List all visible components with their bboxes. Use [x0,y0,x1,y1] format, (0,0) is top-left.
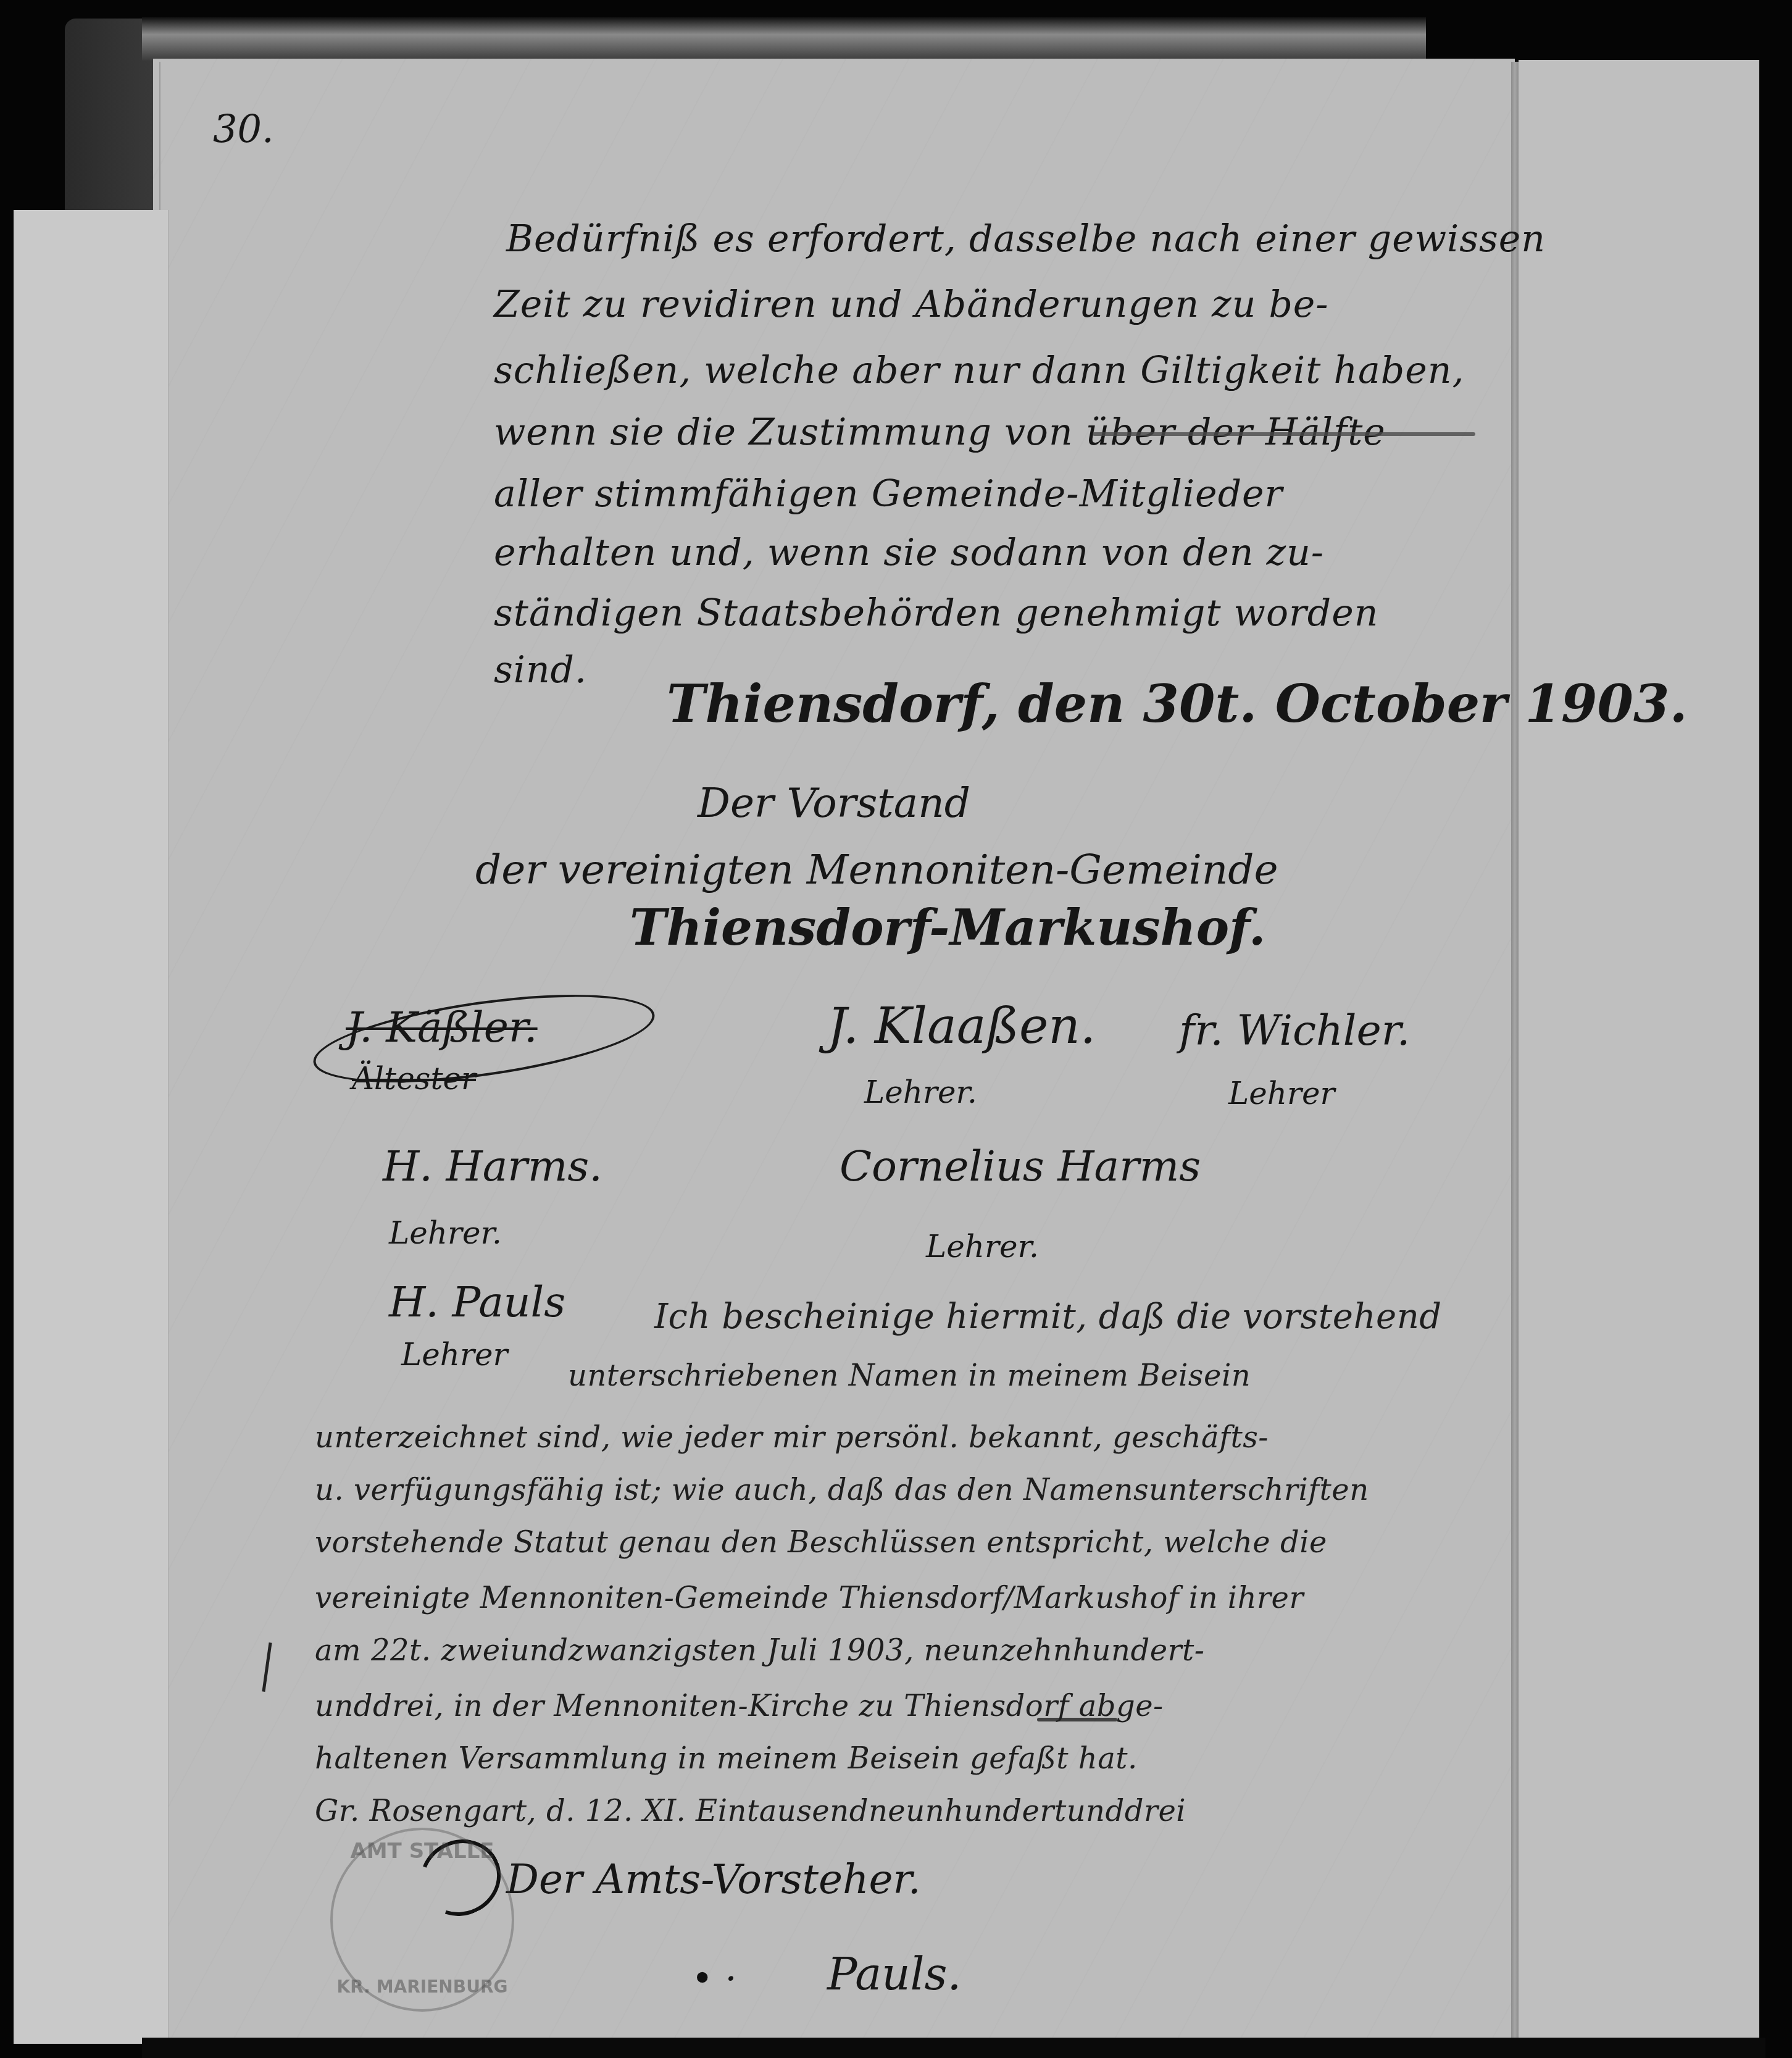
book-top-edge [142,17,1426,61]
paragraph-line: sind. [494,648,587,692]
certification-line: vorstehende Statut genau den Beschlüssen… [315,1525,1327,1560]
paragraph-line: ständigen Staatsbehörden genehmigt worde… [494,592,1378,635]
signature-name: Cornelius Harms [840,1142,1201,1191]
certification-line: unddrei, in der Mennoniten-Kirche zu Thi… [315,1689,1164,1723]
signature-name: J. Klaaßen. [827,997,1096,1055]
signature-role: Lehrer [401,1337,507,1373]
signature-role: Lehrer [1228,1076,1335,1111]
signature-role: Lehrer. [389,1215,502,1251]
certification-line: Ich bescheinige hiermit, daß die vorsteh… [654,1297,1442,1337]
official-stamp: AMT STALLE KR. MARIENBURG [330,1828,514,2012]
certification-line: Gr. Rosengart, d. 12. XI. Eintausendneun… [315,1794,1186,1828]
certification-line: unterzeichnet sind, wie jeder mir persön… [315,1420,1269,1455]
paper-strip [14,210,169,2044]
paragraph-line: Zeit zu revidiren und Abänderungen zu be… [494,283,1329,326]
congregation-name: Thiensdorf-Markushof. [630,898,1266,956]
ink-underline [1037,1718,1117,1721]
paragraph-line: aller stimmfähigen Gemeinde-Mitglieder [494,472,1283,516]
book-gutter [1511,62,1519,2044]
certification-line: am 22t. zweiundzwanzigsten Juli 1903, ne… [315,1633,1205,1668]
stamp-top-text: AMT STALLE [333,1839,512,1863]
signature-name: H. Pauls [389,1278,565,1327]
blank-right-page [1519,60,1759,2042]
certification-line: unterschriebenen Namen in meinem Beisein [568,1358,1251,1393]
stamp-bottom-text: KR. MARIENBURG [333,1976,512,1997]
paragraph-line: erhalten und, wenn sie sodann von den zu… [494,531,1324,574]
signature-name: H. Harms. [383,1142,602,1191]
paragraph-line: Bedürfniß es erfordert, dasselbe nach ei… [506,217,1546,261]
ink-dots: • · [691,1957,737,2001]
page-number: 30. [213,106,274,151]
official-signature: Pauls. [827,1948,961,2000]
paragraph-line: schließen, welche aber nur dann Giltigke… [494,349,1465,392]
signature-role: Lehrer. [864,1074,977,1110]
board-subtitle: der vereinigten Mennoniten-Gemeinde [475,846,1278,893]
book-bottom-edge [142,2038,1765,2058]
place-date: Thiensdorf, den 30t. October 1903. [667,673,1688,734]
signature-name: fr. Wichler. [1179,1006,1410,1055]
pencil-underline [1093,432,1475,436]
certification-line: u. verfügungsfähig ist; wie auch, daß da… [315,1473,1369,1507]
signature-role: Ältester [352,1061,476,1097]
certification-line: haltenen Versammlung in meinem Beisein g… [315,1741,1138,1776]
signature-role: Lehrer. [926,1229,1039,1265]
official-title: Der Amts-Vorsteher. [506,1855,921,1903]
certification-line: vereinigte Mennoniten-Gemeinde Thiensdor… [315,1581,1304,1615]
board-title: Der Vorstand [698,779,970,827]
signature-name: J. Käßler. [346,1003,538,1052]
